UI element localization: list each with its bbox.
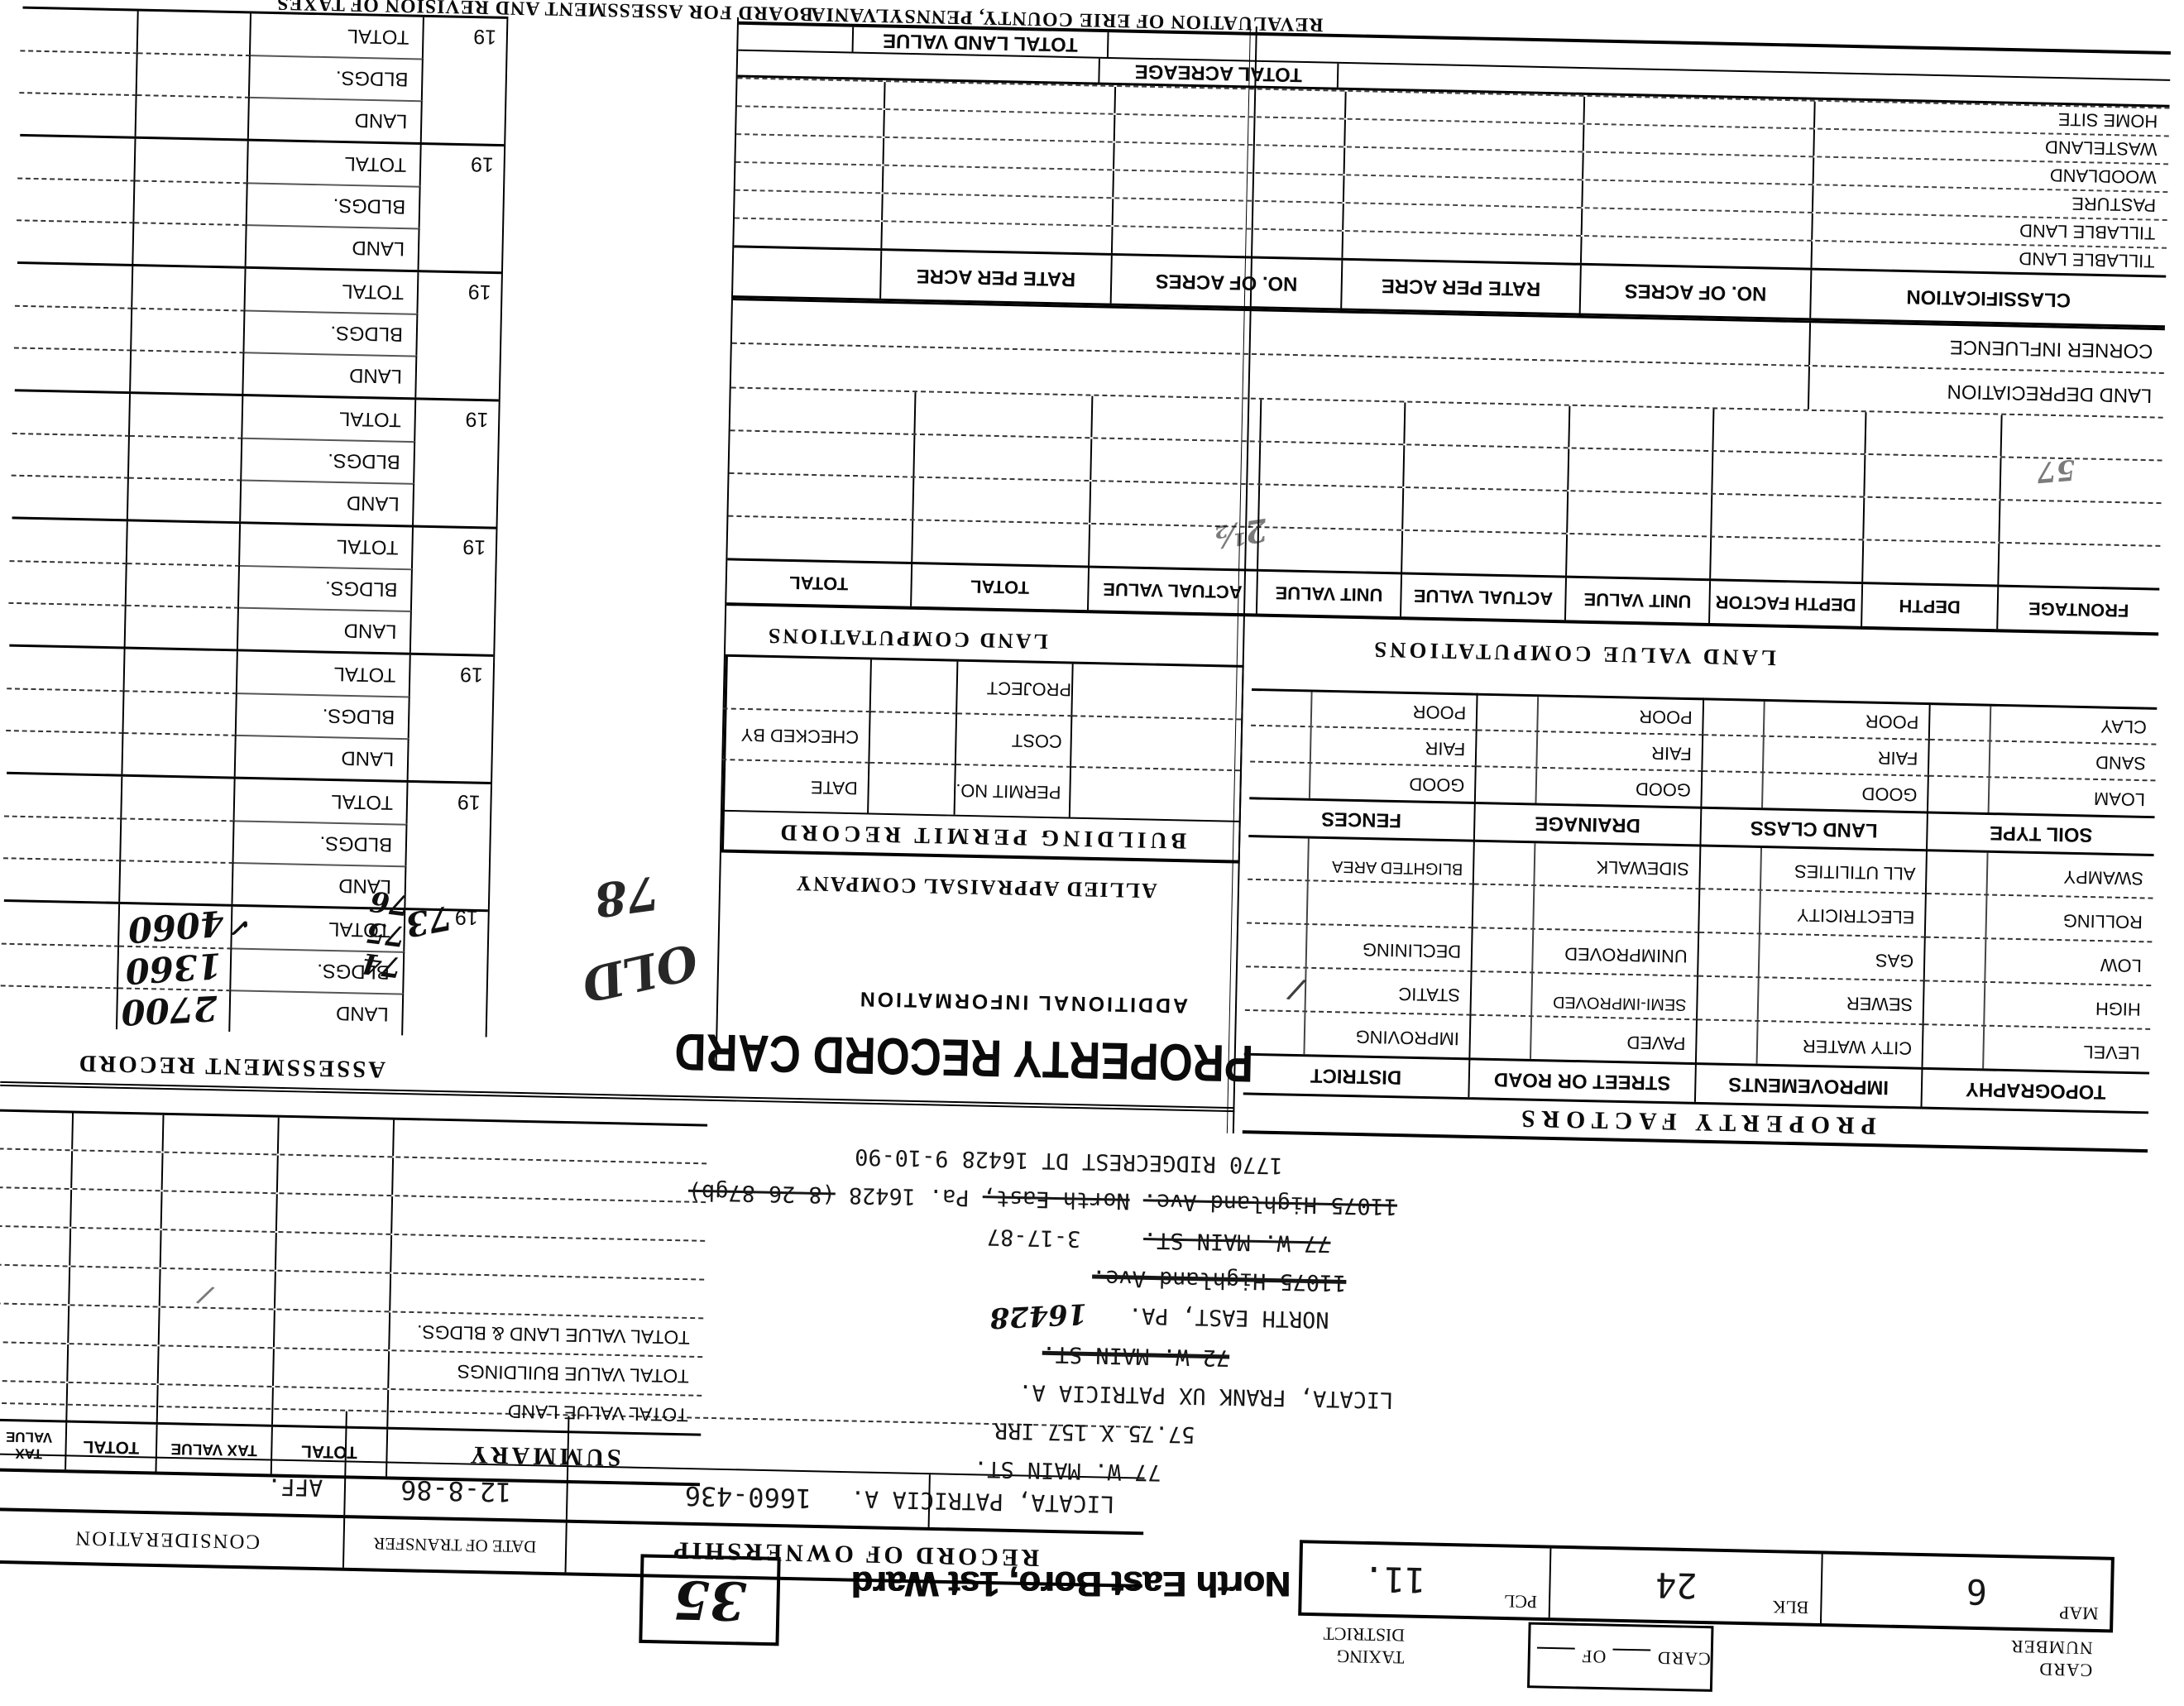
factors-grid-2: SOIL TYPE LAND CLASS DRAINAGE FENCES LOA… — [1248, 688, 2157, 854]
pa-zip-part: Pa. 16428 — [849, 1182, 970, 1210]
bldgs-value-cell: 1360 — [118, 946, 232, 990]
value-cell — [69, 1306, 160, 1344]
bldgs-value-cell — [129, 435, 242, 480]
land-value-cell — [133, 222, 247, 266]
factor-cell-paved: PAVED — [1470, 1014, 1698, 1062]
land-value-cell2 — [11, 475, 129, 520]
empty-cell — [1343, 204, 1583, 235]
year-19-cell: 19 — [421, 145, 505, 188]
empty-cell — [163, 1153, 279, 1193]
land-value-cell — [122, 732, 236, 777]
land-label: LAND — [243, 352, 417, 397]
date-note: 3-17-87 — [987, 1224, 1081, 1251]
empty-cell — [730, 388, 917, 433]
of-blank — [1537, 1647, 1575, 1665]
land-value-computations-table: FRONTAGE DEPTH DEPTH FACTOR UNIT VALUE A… — [726, 22, 2171, 636]
permit-cost-label: COST — [956, 712, 1073, 766]
year-prefix: 19 — [471, 152, 494, 175]
building-permit-grid: PERMIT NO. DATE COST CHECKED BY PROJECT — [725, 657, 1243, 821]
bldgs-label: BLDGS. — [237, 692, 410, 738]
empty-cell — [1582, 237, 1813, 268]
landclass-poor: POOR — [1703, 697, 1930, 739]
year-19-cell: 19 — [407, 783, 491, 826]
classification-header: CLASSIFICATION — [1811, 271, 2166, 326]
land-label: LAND — [230, 990, 404, 1035]
total-label: TOTAL — [237, 651, 411, 696]
empty-cell — [735, 163, 884, 193]
bldgs-label: BLDGS. — [244, 310, 418, 356]
empty-cell — [2002, 415, 2163, 460]
row-label: TOTAL VALUE LAND — [388, 1390, 702, 1434]
bldgs-value-cell — [132, 308, 245, 352]
empty-cell — [1568, 491, 1712, 535]
year-cell — [422, 100, 505, 144]
empty-cell — [276, 1233, 392, 1272]
frontage-header: FRONTAGE — [1998, 587, 2159, 633]
corner-influence-label: CORNER INFLUENCE — [1810, 323, 2165, 372]
topography-header: TOPOGRAPHY — [1922, 1067, 2149, 1111]
hw-total-value: 4060 — [127, 903, 226, 951]
empty-cell — [1405, 403, 1570, 448]
year-cell — [412, 568, 496, 612]
assessment-block: LAND BLDGS. 19TOTAL — [4, 772, 491, 909]
empty-cell — [1092, 396, 1262, 441]
struck-addr-part: 11075 Highland Ave. — [1142, 1188, 1397, 1219]
assessment-block: LAND BLDGS. 19TOTAL — [9, 516, 496, 654]
soil-loam: LOAM — [1928, 775, 2155, 817]
card-of-box: CARD OF — [1527, 1622, 1713, 1688]
value-cell — [273, 1387, 389, 1427]
row-label: TOTAL VALUE LAND & BLDGS. — [390, 1312, 703, 1356]
empty-cell — [0, 1149, 73, 1188]
drainage-good: GOOD — [1476, 765, 1703, 807]
soil-clay: CLAY — [1930, 702, 2157, 744]
year-prefix: 19 — [468, 280, 491, 303]
year-prefix: 19 — [473, 25, 496, 48]
value-cell — [0, 1343, 69, 1382]
blk-label: BLK — [1772, 1597, 1808, 1618]
empty-cell — [737, 79, 886, 108]
total-acreage-label: TOTAL ACREAGE — [1099, 59, 1339, 88]
factor-cell-level: LEVEL — [1923, 1023, 2150, 1071]
bldgs-value-cell2 — [1, 943, 119, 988]
summary-col-taxvalue-1: TAX VALUE — [156, 1425, 272, 1474]
pcl-label: PCL — [1504, 1591, 1538, 1613]
empty-cell — [1999, 544, 2160, 588]
empty-cell — [70, 1229, 161, 1268]
factor-cell-blank — [1247, 879, 1474, 927]
total-value-cell2 — [2, 902, 120, 946]
city-state-line: NORTH EAST, PA. — [1128, 1302, 1329, 1332]
year-cell — [411, 611, 495, 654]
total-value-cell2 — [10, 519, 128, 563]
empty-cell — [912, 520, 1090, 565]
bldgs-value-cell2 — [17, 178, 135, 223]
hw-land-value: 2700 — [120, 988, 218, 1033]
year-cell — [420, 186, 504, 230]
map-label: MAP — [2059, 1603, 2099, 1624]
factor-cell-improving: IMPROVING — [1244, 1009, 1472, 1057]
land-label: LAND — [238, 607, 412, 653]
factor-cell-swampy: SWAMPY — [1927, 849, 2154, 897]
blk-cell: BLK 24 — [1550, 1549, 1823, 1623]
year-cell — [406, 824, 490, 868]
empty-cell — [1260, 443, 1405, 486]
empty-cell — [1113, 227, 1343, 258]
empty-cell — [161, 1230, 277, 1270]
empty-cell — [1713, 409, 1866, 453]
total-value-cell2 — [17, 137, 136, 180]
factor-cell-sidewalk: SIDEWALK — [1474, 840, 1702, 888]
summary-col-total-2: TOTAL — [66, 1423, 158, 1472]
permit-project-label: PROJECT — [957, 662, 1074, 716]
total-value-cell — [138, 12, 251, 55]
struck-address-line: 72 W. MAIN ST. — [1042, 1341, 1229, 1371]
empty-cell — [1711, 538, 1864, 582]
bldgs-value-cell — [123, 690, 237, 735]
depth-factor-header: DEPTH FACTOR — [1710, 581, 1863, 626]
permit-value-cell — [723, 657, 872, 711]
value-cell — [158, 1385, 274, 1425]
land-value-cell2 — [5, 730, 123, 774]
hw-year-74: 74 — [361, 946, 403, 982]
bldgs-value-cell2 — [14, 305, 132, 350]
card-number-label: CARD NUMBER — [1994, 1635, 2093, 1681]
factor-cell-static: STATIC — [1245, 966, 1473, 1014]
soil-type-header: SOIL TYPE — [1928, 811, 2155, 853]
empty-header-cell — [733, 247, 882, 298]
total-value-cell: 4060✓ — [119, 904, 232, 948]
empty-cell — [1403, 488, 1569, 533]
assessment-block: LAND BLDGS. 19TOTAL — [20, 7, 506, 144]
year-cell — [417, 314, 500, 357]
empty-cell — [1345, 120, 1584, 151]
empty-cell — [1583, 208, 1813, 240]
permit-value-cell — [1070, 766, 1240, 821]
pcl-value: 11. — [1363, 1559, 1425, 1600]
empty-cell — [884, 166, 1114, 198]
year-prefix: 19 — [465, 408, 488, 431]
permit-value-cell — [869, 762, 956, 815]
year-cell — [405, 865, 489, 909]
empty-cell — [1865, 412, 2002, 456]
taxing-district-label: TAXING DISTRICT — [1281, 1622, 1405, 1669]
permit-value-cell — [1071, 715, 1241, 769]
empty-cell — [279, 1118, 395, 1157]
empty-cell — [1584, 97, 1815, 128]
empty-cell — [162, 1191, 278, 1231]
handwritten-zip: 16428 — [989, 1293, 1088, 1336]
year-prefix: 19 — [462, 535, 486, 558]
factor-cell-sewer: SEWER — [1698, 975, 1925, 1023]
empty-cell — [2000, 501, 2161, 545]
land-value-cell — [131, 349, 244, 394]
card-label: CARD — [1657, 1647, 1711, 1670]
drainage-fair: FAIR — [1477, 729, 1703, 770]
year-19-cell: 19 — [418, 272, 501, 315]
map-blk-pcl-row: MAP 6 BLK 24 PCL 11. — [1298, 1540, 2115, 1632]
empty-cell — [885, 82, 1116, 113]
struck-highland-line: 11075 Highland Ave. — [1092, 1265, 1347, 1296]
year-cell — [409, 738, 492, 782]
year-19-cell: 1973 — [405, 910, 488, 953]
permit-value-cell — [869, 711, 957, 764]
bldgs-value-cell2 — [19, 50, 137, 94]
empty-cell — [883, 194, 1114, 225]
computation-scrawl-2: 57 — [2035, 453, 2076, 489]
handwritten-note-old: OLD — [577, 932, 702, 1013]
value-cell — [275, 1311, 390, 1350]
district-header: DISTRICT — [1243, 1053, 1471, 1097]
empty-cell — [390, 1274, 704, 1318]
empty-cell — [730, 431, 916, 476]
empty-cell — [1259, 485, 1404, 529]
drainage-header: DRAINAGE — [1475, 802, 1703, 844]
land-value-cell: 2700 — [117, 987, 231, 1032]
summary-title: SUMMARY — [387, 1430, 701, 1483]
empty-cell — [884, 110, 1115, 141]
summary-col-total-1: TOTAL — [272, 1427, 388, 1477]
empty-cell — [1115, 115, 1346, 146]
assessment-record-column: LAND 2700 BLDGS. 1360 1973 TOTAL 4060✓ L… — [2, 7, 509, 1037]
bldgs-value-cell2 — [8, 560, 127, 605]
empty-cell — [735, 135, 884, 165]
empty-cell — [394, 1120, 707, 1163]
factor-cell-rolling: ROLLING — [1926, 893, 2153, 941]
fences-header: FENCES — [1248, 797, 1476, 839]
empty-cell — [1584, 125, 1815, 156]
year-19-cell: 19 — [415, 400, 499, 443]
landclass-fair: FAIR — [1703, 734, 1929, 775]
card-blank — [1612, 1649, 1650, 1666]
empty-cell — [1115, 87, 1346, 118]
pcl-cell: PCL 11. — [1295, 1543, 1551, 1617]
drainage-poor: POOR — [1478, 693, 1704, 735]
value-cell — [159, 1346, 275, 1386]
assessment-block: LAND BLDGS. 19TOTAL — [12, 389, 499, 526]
empty-cell — [736, 107, 885, 137]
fences-poor: POOR — [1251, 688, 1478, 730]
empty-cell — [1583, 153, 1814, 184]
total-value-cell — [130, 394, 243, 438]
property-factors-table: PROPERTY FACTORS TOPOGRAPHY IMPROVEMENTS… — [1243, 688, 2158, 1153]
year-19-cell: 19 — [413, 528, 496, 571]
empty-cell — [0, 1227, 71, 1266]
total-value-cell2 — [4, 774, 122, 818]
land-label: LAND — [247, 224, 420, 270]
empty-cell — [275, 1272, 391, 1311]
value-cell — [0, 1304, 69, 1343]
summary-table: SUMMARY TOTAL TAX VALUE TOTAL TAX VALUE … — [0, 1109, 707, 1487]
bldgs-value-cell — [134, 180, 247, 225]
total-value-cell — [132, 266, 246, 310]
land-value-cell — [126, 605, 239, 649]
struck-city-part: North East, — [982, 1185, 1130, 1214]
empty-cell — [1712, 452, 1865, 496]
year-cell — [416, 356, 500, 400]
empty-cell — [1404, 445, 1569, 490]
land-value-cell — [136, 94, 250, 139]
empty-cell — [1114, 199, 1344, 230]
fences-good: GOOD — [1249, 761, 1476, 803]
land-value-cell2 — [0, 985, 118, 1029]
depth-header: DEPTH — [1862, 584, 1999, 629]
empty-cell — [164, 1115, 280, 1154]
empty-cell — [1402, 531, 1568, 576]
year-cell — [414, 441, 498, 485]
land-value-cell2 — [13, 347, 132, 391]
empty-cell — [1346, 92, 1585, 123]
total-label: TOTAL — [235, 779, 409, 824]
map-value: 6 — [1966, 1571, 1987, 1612]
factor-cell-unimproved: UNIMPROVED — [1473, 927, 1700, 975]
ownership-title: RECORD OF OWNERSHIP — [567, 1523, 1144, 1584]
land-value-computations-title: LAND VALUE COMPUTATIONS — [1244, 634, 1903, 673]
factor-cell-low: LOW — [1925, 937, 2153, 985]
permit-value-cell — [1072, 664, 1242, 719]
building-permit-record-box: BUILDING PERMIT RECORD PERMIT NO. DATE C… — [721, 654, 1244, 864]
consideration-header: CONSIDERATION — [0, 1511, 345, 1568]
empty-cell — [160, 1269, 276, 1309]
empty-cell — [1343, 232, 1582, 263]
soil-sand: SAND — [1929, 739, 2156, 780]
bldgs-value-cell — [127, 563, 240, 607]
factor-cell-declining: DECLINING — [1246, 922, 1473, 970]
bldgs-value-cell — [121, 817, 234, 862]
permit-checked-by-label: CHECKED BY — [721, 707, 870, 761]
summary-col-taxvalue-2: TAX VALUE — [0, 1421, 67, 1470]
total-header: TOTAL — [912, 564, 1090, 610]
land-computations-title: LAND COMPUTATIONS — [717, 622, 1096, 654]
factor-cell-blank — [1473, 883, 1701, 931]
bldgs-label: BLDGS. — [247, 182, 421, 228]
total-label: TOTAL — [242, 396, 416, 441]
factor-cell-electricity: ELECTRICITY — [1699, 888, 1927, 936]
rate-per-acre-header: RATE PER ACRE — [881, 251, 1113, 304]
land-value-cell2 — [2, 857, 121, 902]
empty-cell — [915, 392, 1093, 437]
empty-cell — [913, 478, 1091, 523]
total-value-cell — [125, 649, 238, 693]
of-label: OF — [1581, 1646, 1607, 1667]
scan-page: CARD NUMBER MAP 6 BLK 24 PCL 11. CARD OF… — [0, 0, 2184, 1688]
total-value-cell — [122, 777, 235, 821]
total-value-cell2 — [20, 9, 138, 53]
bldgs-value-cell2 — [3, 815, 122, 860]
factor-cell-high: HIGH — [1924, 980, 2152, 1028]
empty-cell — [1712, 495, 1865, 539]
value-cell — [160, 1308, 275, 1348]
empty-cell — [278, 1155, 394, 1195]
empty-cell — [392, 1196, 706, 1240]
land-label: LAND — [236, 735, 409, 780]
property-record-card-scan: CARD NUMBER MAP 6 BLK 24 PCL 11. CARD OF… — [0, 0, 2184, 1688]
year-cell — [409, 697, 493, 740]
empty-cell — [0, 1112, 74, 1150]
land-value-cell2 — [7, 602, 126, 647]
empty-cell — [1569, 448, 1713, 492]
assessment-block: LAND 2700 BLDGS. 1360 1973 TOTAL 4060✓ — [2, 899, 488, 1037]
year-cell — [403, 994, 486, 1037]
unit-value-header: UNIT VALUE — [1257, 572, 1402, 616]
total-label: TOTAL — [248, 141, 422, 186]
year-cell — [423, 59, 506, 103]
date-of-transfer-header: DATE OF TRANSFER — [344, 1518, 568, 1572]
bldgs-label: BLDGS. — [234, 820, 408, 865]
land-value-cell2 — [18, 92, 136, 137]
total-land-value-cell — [738, 25, 854, 52]
bldgs-label: BLDGS. — [242, 438, 415, 483]
struck-main-st-line: 77 W. MAIN ST. — [1143, 1227, 1331, 1257]
empty-cell — [2000, 458, 2162, 502]
row-label: TOTAL VALUE BUILDINGS — [389, 1351, 702, 1395]
empty-cell — [914, 435, 1092, 480]
hw-bldgs-value: 1360 — [124, 945, 223, 991]
permit-value-cell — [871, 659, 959, 712]
empty-cell — [882, 222, 1113, 253]
year-cell — [414, 483, 497, 527]
empty-cell — [0, 1188, 72, 1227]
factor-cell-all-utilities: ALL UTILITIES — [1700, 844, 1928, 892]
empty-cell — [1865, 455, 2001, 499]
additional-information-label: ADDITIONAL INFORMATION — [817, 985, 1228, 1018]
rate-per-acre-header: RATE PER ACRE — [1342, 261, 1582, 314]
year-cell — [404, 951, 487, 995]
landclass-good: GOOD — [1702, 770, 1928, 812]
land-class-header: LAND CLASS — [1701, 807, 1928, 849]
empty-cell — [884, 138, 1114, 170]
empty-cell — [393, 1157, 706, 1201]
land-label: LAND — [241, 479, 414, 525]
empty-cell — [727, 517, 913, 562]
empty-cell — [1091, 438, 1261, 483]
total-label: TOTAL — [246, 269, 419, 314]
map-cell: MAP 6 — [1822, 1554, 2111, 1629]
empty-cell — [1567, 534, 1712, 578]
value-cell — [68, 1344, 159, 1383]
permit-date-label: DATE — [721, 759, 869, 812]
permit-no-label: PERMIT NO. — [955, 764, 1072, 817]
year-19-cell: 19 — [424, 17, 507, 60]
street-or-road-header: STREET OR ROAD — [1469, 1057, 1697, 1101]
actual-value-header: ACTUAL VALUE — [1089, 568, 1258, 614]
total-label: TOTAL — [251, 13, 424, 58]
bldgs-value-cell2 — [12, 433, 130, 477]
value-cell — [67, 1383, 158, 1422]
empty-cell — [72, 1151, 163, 1190]
assessment-block: LAND BLDGS. 19TOTAL — [17, 134, 504, 271]
total-value-cell2 — [7, 647, 125, 691]
land-value-cell2 — [16, 219, 134, 264]
fences-fair: FAIR — [1250, 725, 1477, 766]
year-19-cell: 19 — [410, 655, 494, 698]
factors-grid-1: TOPOGRAPHY IMPROVEMENTS STREET OR ROAD D… — [1243, 835, 2154, 1111]
property-record-card-title: PROPERTY RECORD CARD — [711, 1022, 1216, 1093]
total-value-cell — [135, 139, 248, 183]
value-cell — [0, 1382, 68, 1421]
year-prefix: 19 — [457, 790, 481, 813]
total-header: TOTAL — [726, 560, 912, 606]
empty-cell — [277, 1194, 393, 1234]
land-value-cell — [128, 477, 242, 522]
empty-cell — [1569, 406, 1714, 450]
empty-cell — [1258, 528, 1403, 572]
empty-cell — [728, 474, 914, 519]
empty-cell — [1261, 400, 1406, 443]
assessment-block: LAND BLDGS. 19TOTAL — [7, 645, 493, 782]
land-value-cell — [120, 860, 233, 904]
empty-cell — [71, 1190, 162, 1229]
